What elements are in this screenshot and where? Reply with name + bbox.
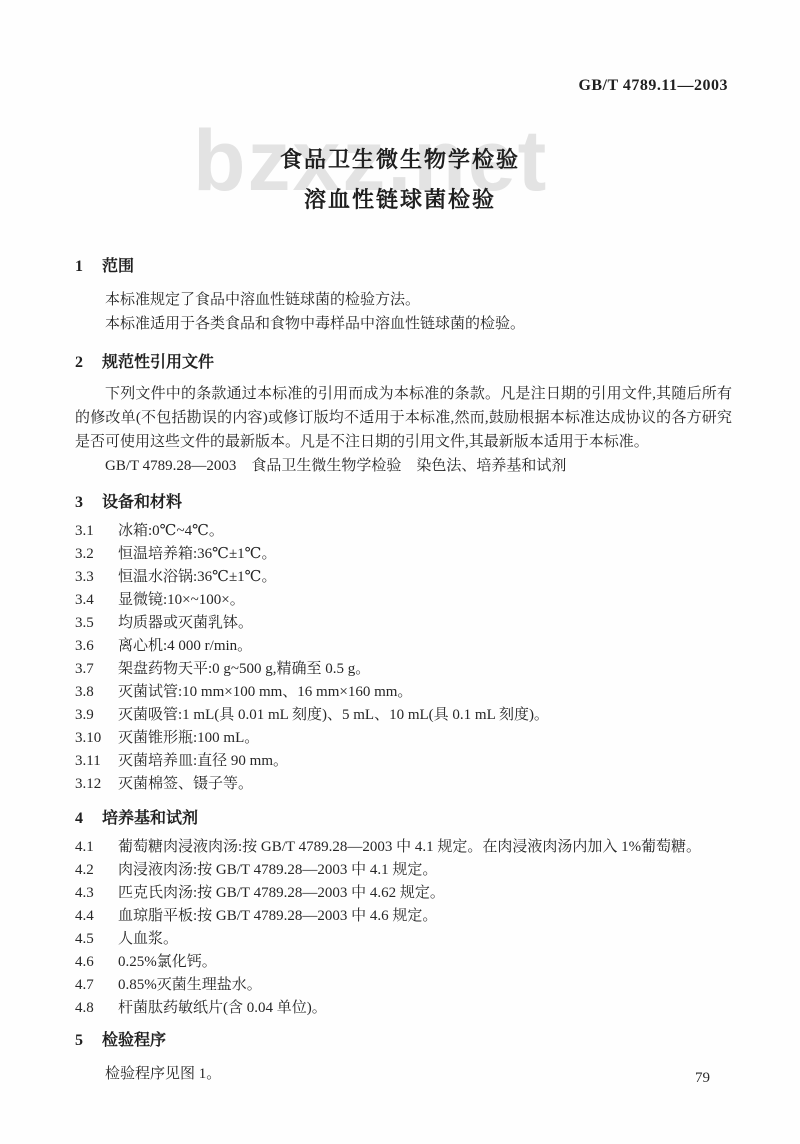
clause-3-8: 3.8灭菌试管:10 mm×100 mm、16 mm×160 mm。 — [75, 681, 755, 704]
section-1-title: 范围 — [102, 258, 134, 275]
clause-3-1: 3.1冰箱:0℃~4℃。 — [75, 520, 755, 543]
clause-number: 3.6 — [75, 635, 118, 658]
clause-text: 匹克氏肉汤:按 GB/T 4789.28—2003 中 4.62 规定。 — [118, 882, 755, 905]
clause-3-3: 3.3恒温水浴锅:36℃±1℃。 — [75, 566, 755, 589]
section-5-body: 检验程序见图 1。 — [0, 1062, 800, 1086]
standard-number: GB/T 4789.11—2003 — [0, 0, 728, 96]
clause-text: 灭菌棉签、镊子等。 — [118, 773, 755, 796]
clause-number: 3.11 — [75, 750, 118, 773]
clause-text: 杆菌肽药敏纸片(含 0.04 单位)。 — [118, 997, 755, 1020]
clause-text: 恒温培养箱:36℃±1℃。 — [118, 543, 755, 566]
section-2-title: 规范性引用文件 — [102, 354, 214, 371]
clause-4-1: 4.1葡萄糖肉浸液肉汤:按 GB/T 4789.28—2003 中 4.1 规定… — [75, 836, 755, 859]
clause-number: 3.10 — [75, 727, 118, 750]
paragraph: 检验程序见图 1。 — [75, 1062, 732, 1086]
clause-4-7: 4.70.85%灭菌生理盐水。 — [75, 974, 755, 997]
section-5-title: 检验程序 — [102, 1032, 166, 1049]
paragraph: 本标准适用于各类食品和食物中毒样品中溶血性链球菌的检验。 — [75, 312, 732, 336]
clause-3-9: 3.9灭菌吸管:1 mL(具 0.01 mL 刻度)、5 mL、10 mL(具 … — [75, 704, 755, 727]
section-5-number: 5 — [75, 1030, 87, 1052]
section-2-number: 2 — [75, 352, 87, 374]
clause-number: 3.5 — [75, 612, 118, 635]
clause-number: 3.9 — [75, 704, 118, 727]
section-3-title: 设备和材料 — [102, 494, 182, 511]
clause-3-7: 3.7架盘药物天平:0 g~500 g,精确至 0.5 g。 — [75, 658, 755, 681]
clause-4-2: 4.2肉浸液肉汤:按 GB/T 4789.28—2003 中 4.1 规定。 — [75, 859, 755, 882]
clause-number: 3.12 — [75, 773, 118, 796]
title-line-1: 食品卫生微生物学检验 — [0, 140, 800, 180]
clause-number: 3.2 — [75, 543, 118, 566]
clause-4-3: 4.3匹克氏肉汤:按 GB/T 4789.28—2003 中 4.62 规定。 — [75, 882, 755, 905]
clause-number: 4.7 — [75, 974, 118, 997]
section-1-heading: 1范围 — [75, 256, 800, 278]
clause-3-11: 3.11灭菌培养皿:直径 90 mm。 — [75, 750, 755, 773]
clause-text: 恒温水浴锅:36℃±1℃。 — [118, 566, 755, 589]
clause-text: 灭菌吸管:1 mL(具 0.01 mL 刻度)、5 mL、10 mL(具 0.1… — [118, 704, 755, 727]
clause-text: 灭菌试管:10 mm×100 mm、16 mm×160 mm。 — [118, 681, 755, 704]
clause-4-6: 4.60.25%氯化钙。 — [75, 951, 755, 974]
clause-text: 肉浸液肉汤:按 GB/T 4789.28—2003 中 4.1 规定。 — [118, 859, 755, 882]
clause-4-5: 4.5人血浆。 — [75, 928, 755, 951]
section-4-title: 培养基和试剂 — [102, 810, 198, 827]
clause-3-2: 3.2恒温培养箱:36℃±1℃。 — [75, 543, 755, 566]
clause-text: 人血浆。 — [118, 928, 755, 951]
clause-text: 冰箱:0℃~4℃。 — [118, 520, 755, 543]
section-4-number: 4 — [75, 808, 87, 830]
document-title: 食品卫生微生物学检验 溶血性链球菌检验 — [0, 140, 800, 220]
clause-number: 4.2 — [75, 859, 118, 882]
clause-number: 4.1 — [75, 836, 118, 859]
section-4-heading: 4培养基和试剂 — [75, 808, 800, 830]
section-3-heading: 3设备和材料 — [75, 492, 800, 514]
clause-number: 3.8 — [75, 681, 118, 704]
clause-text: 架盘药物天平:0 g~500 g,精确至 0.5 g。 — [118, 658, 755, 681]
section-5-heading: 5检验程序 — [75, 1030, 800, 1052]
clause-4-8: 4.8杆菌肽药敏纸片(含 0.04 单位)。 — [75, 997, 755, 1020]
section-3-number: 3 — [75, 492, 87, 514]
clause-text: 血琼脂平板:按 GB/T 4789.28—2003 中 4.6 规定。 — [118, 905, 755, 928]
clause-number: 4.5 — [75, 928, 118, 951]
clause-4-4: 4.4血琼脂平板:按 GB/T 4789.28—2003 中 4.6 规定。 — [75, 905, 755, 928]
clause-3-5: 3.5均质器或灭菌乳钵。 — [75, 612, 755, 635]
section-4-items: 4.1葡萄糖肉浸液肉汤:按 GB/T 4789.28—2003 中 4.1 规定… — [0, 836, 800, 1020]
clause-text: 灭菌培养皿:直径 90 mm。 — [118, 750, 755, 773]
clause-number: 4.6 — [75, 951, 118, 974]
clause-text: 显微镜:10×~100×。 — [118, 589, 755, 612]
document-content: GB/T 4789.11—2003 食品卫生微生物学检验 溶血性链球菌检验 1范… — [0, 0, 800, 1086]
clause-text: 灭菌锥形瓶:100 mL。 — [118, 727, 755, 750]
section-2-paragraph: 下列文件中的条款通过本标准的引用而成为本标准的条款。凡是注日期的引用文件,其随后… — [75, 382, 732, 454]
clause-text: 葡萄糖肉浸液肉汤:按 GB/T 4789.28—2003 中 4.1 规定。在肉… — [118, 836, 755, 859]
title-line-2: 溶血性链球菌检验 — [0, 180, 800, 220]
paragraph: 本标准规定了食品中溶血性链球菌的检验方法。 — [75, 288, 732, 312]
clause-3-12: 3.12灭菌棉签、镊子等。 — [75, 773, 755, 796]
clause-number: 3.4 — [75, 589, 118, 612]
clause-number: 4.8 — [75, 997, 118, 1020]
clause-3-4: 3.4显微镜:10×~100×。 — [75, 589, 755, 612]
clause-text: 均质器或灭菌乳钵。 — [118, 612, 755, 635]
section-2-reference: GB/T 4789.28—2003 食品卫生微生物学检验 染色法、培养基和试剂 — [75, 454, 732, 478]
section-3-items: 3.1冰箱:0℃~4℃。 3.2恒温培养箱:36℃±1℃。 3.3恒温水浴锅:3… — [0, 520, 800, 796]
clause-text: 0.25%氯化钙。 — [118, 951, 755, 974]
clause-3-10: 3.10灭菌锥形瓶:100 mL。 — [75, 727, 755, 750]
clause-number: 3.7 — [75, 658, 118, 681]
section-2-heading: 2规范性引用文件 — [75, 352, 800, 374]
document-page: bzxz.net GB/T 4789.11—2003 食品卫生微生物学检验 溶血… — [0, 0, 800, 1144]
page-number: 79 — [695, 1070, 710, 1087]
clause-text: 0.85%灭菌生理盐水。 — [118, 974, 755, 997]
section-1-body: 本标准规定了食品中溶血性链球菌的检验方法。 本标准适用于各类食品和食物中毒样品中… — [0, 288, 800, 336]
clause-text: 离心机:4 000 r/min。 — [118, 635, 755, 658]
section-1-number: 1 — [75, 256, 87, 278]
clause-number: 4.4 — [75, 905, 118, 928]
clause-number: 4.3 — [75, 882, 118, 905]
clause-3-6: 3.6离心机:4 000 r/min。 — [75, 635, 755, 658]
clause-number: 3.3 — [75, 566, 118, 589]
clause-number: 3.1 — [75, 520, 118, 543]
